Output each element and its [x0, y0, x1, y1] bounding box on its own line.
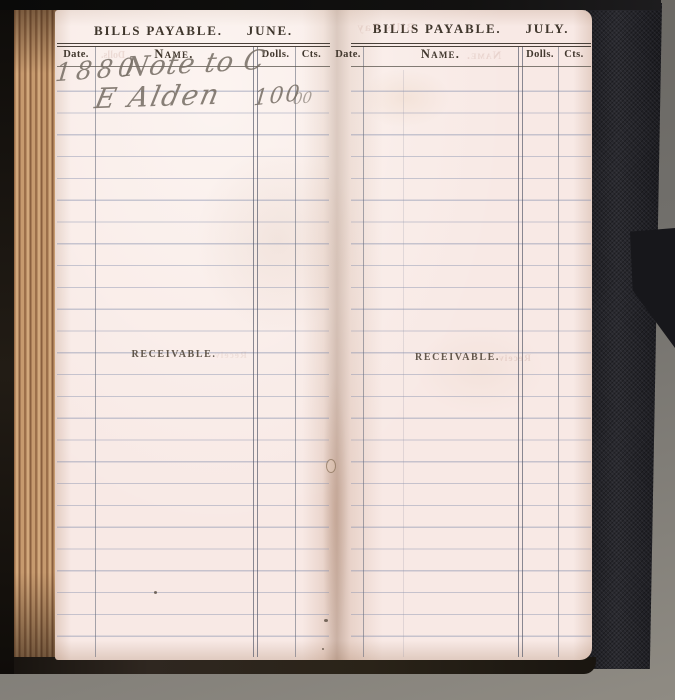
- right-column-header-date: Date.: [334, 49, 362, 60]
- binding-mark: [326, 459, 336, 473]
- left-month-label: JUNE.: [247, 23, 293, 39]
- right-date-column-rule: [363, 47, 364, 657]
- right-month-label: JULY.: [525, 21, 569, 37]
- ink-speck: [154, 591, 157, 594]
- bleedthrough-text: Bills Pay: [356, 20, 415, 35]
- bleedthrough-text: Receiv: [214, 351, 247, 361]
- right-header-rule: [351, 43, 591, 44]
- book-top-edge: [0, 0, 661, 10]
- left-header-rule: [57, 43, 330, 44]
- ink-speck: [324, 619, 328, 622]
- left-dolls-cts-rule: [295, 47, 296, 657]
- book-back-cover: [586, 3, 662, 669]
- right-column-header-dolls: Dolls.: [522, 49, 558, 60]
- ledger-book-scan: BILLS PAYABLE. JUNE. Date. Name. Dolls. …: [0, 0, 675, 700]
- right-column-header-cts: Cts.: [558, 49, 590, 60]
- bleedthrough-text: Dolls.: [101, 50, 125, 61]
- ruled-lines-right-page: [351, 70, 591, 657]
- ink-speck: [322, 648, 324, 650]
- left-page-title: BILLS PAYABLE. JUNE.: [57, 23, 330, 39]
- ruled-lines-left-page: [57, 70, 329, 657]
- left-name-dolls-rule: [253, 47, 254, 657]
- right-dolls-cts-rule: [558, 47, 559, 657]
- handwritten-name-line2: E Alden: [92, 78, 224, 116]
- left-title-text: BILLS PAYABLE.: [94, 23, 223, 39]
- handwritten-cents: 00: [292, 88, 313, 108]
- right-colhead-rule: [351, 66, 591, 67]
- page-edge-stack: [13, 8, 57, 664]
- bleedthrough-text: Receiv: [498, 354, 531, 364]
- bleedthrough-rule: [403, 70, 404, 657]
- left-column-header-cts: Cts.: [295, 49, 328, 60]
- left-name-dolls-rule: [257, 47, 258, 657]
- bleedthrough-text: Name.: [466, 48, 501, 63]
- book-left-cover-edge: [0, 0, 14, 674]
